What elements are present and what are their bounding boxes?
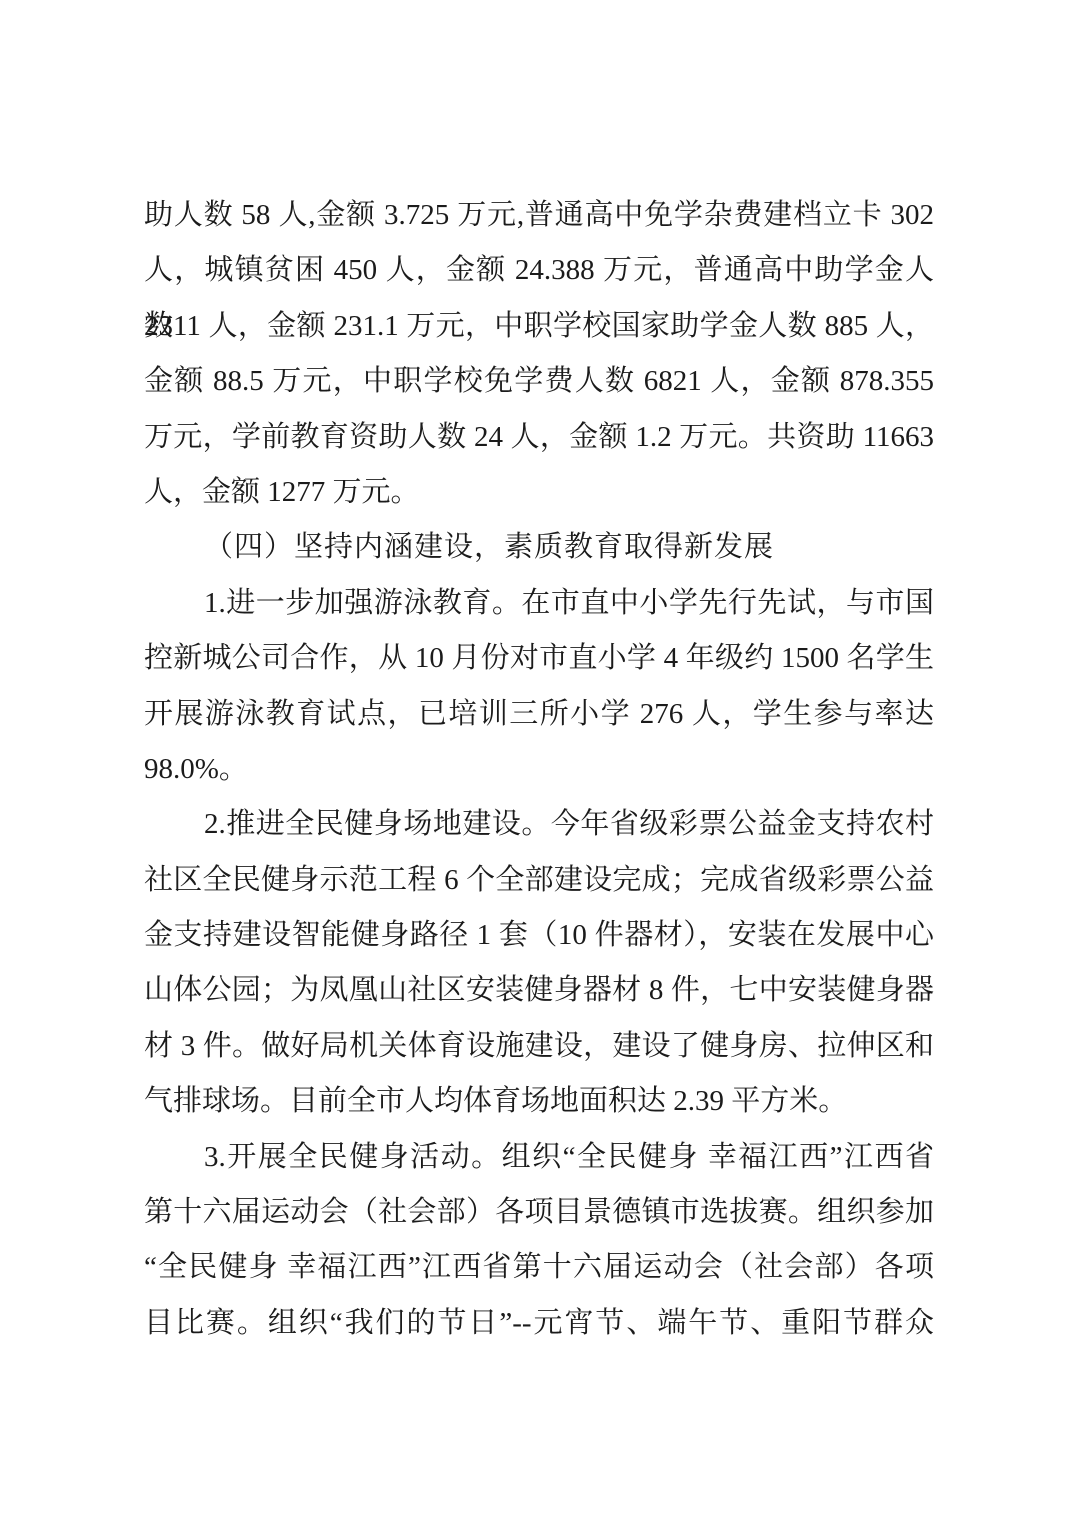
text-line: 2.推进全民健身场地建设。今年省级彩票公益金支持农村: [144, 797, 934, 852]
text-line: 金额 88.5 万元，中职学校免学费人数 6821 人，金额 878.355: [144, 354, 934, 409]
document-page: 助人数 58 人,金额 3.725 万元,普通高中免学杂费建档立卡 302 人，…: [0, 0, 1074, 1520]
text-line: 人，城镇贫困 450 人，金额 24.388 万元，普通高中助学金人数: [144, 243, 934, 298]
section-heading: （四）坚持内涵建设，素质教育取得新发展: [144, 520, 934, 575]
text-line: “全民健身 幸福江西”江西省第十六届运动会（社会部）各项: [144, 1240, 934, 1295]
text-line: 3.开展全民健身活动。组织“全民健身 幸福江西”江西省: [144, 1130, 934, 1185]
text-line: 1.进一步加强游泳教育。在市直中小学先行先试，与市国: [144, 576, 934, 631]
text-line: 2311 人，金额 231.1 万元，中职学校国家助学金人数 885 人，: [144, 299, 934, 354]
text-line: 目比赛。组织“我们的节日”--元宵节、端午节、重阳节群众: [144, 1296, 934, 1351]
text-line: 社区全民健身示范工程 6 个全部建设完成；完成省级彩票公益: [144, 853, 934, 908]
text-line: 助人数 58 人,金额 3.725 万元,普通高中免学杂费建档立卡 302: [144, 188, 934, 243]
text-line: 第十六届运动会（社会部）各项目景德镇市选拔赛。组织参加: [144, 1185, 934, 1240]
text-line: 山体公园；为凤凰山社区安装健身器材 8 件，七中安装健身器: [144, 963, 934, 1018]
text-line: 金支持建设智能健身路径 1 套（10 件器材），安装在发展中心: [144, 908, 934, 963]
text-block: 助人数 58 人,金额 3.725 万元,普通高中免学杂费建档立卡 302 人，…: [144, 188, 934, 1351]
text-line: 开展游泳教育试点，已培训三所小学 276 人，学生参与率达: [144, 687, 934, 742]
text-line: 万元，学前教育资助人数 24 人，金额 1.2 万元。共资助 11663: [144, 410, 934, 465]
text-line: 人，金额 1277 万元。: [144, 465, 934, 520]
text-line: 98.0%。: [144, 742, 934, 797]
text-line: 气排球场。目前全市人均体育场地面积达 2.39 平方米。: [144, 1074, 934, 1129]
text-line: 材 3 件。做好局机关体育设施建设，建设了健身房、拉伸区和: [144, 1019, 934, 1074]
text-line: 控新城公司合作，从 10 月份对市直小学 4 年级约 1500 名学生: [144, 631, 934, 686]
